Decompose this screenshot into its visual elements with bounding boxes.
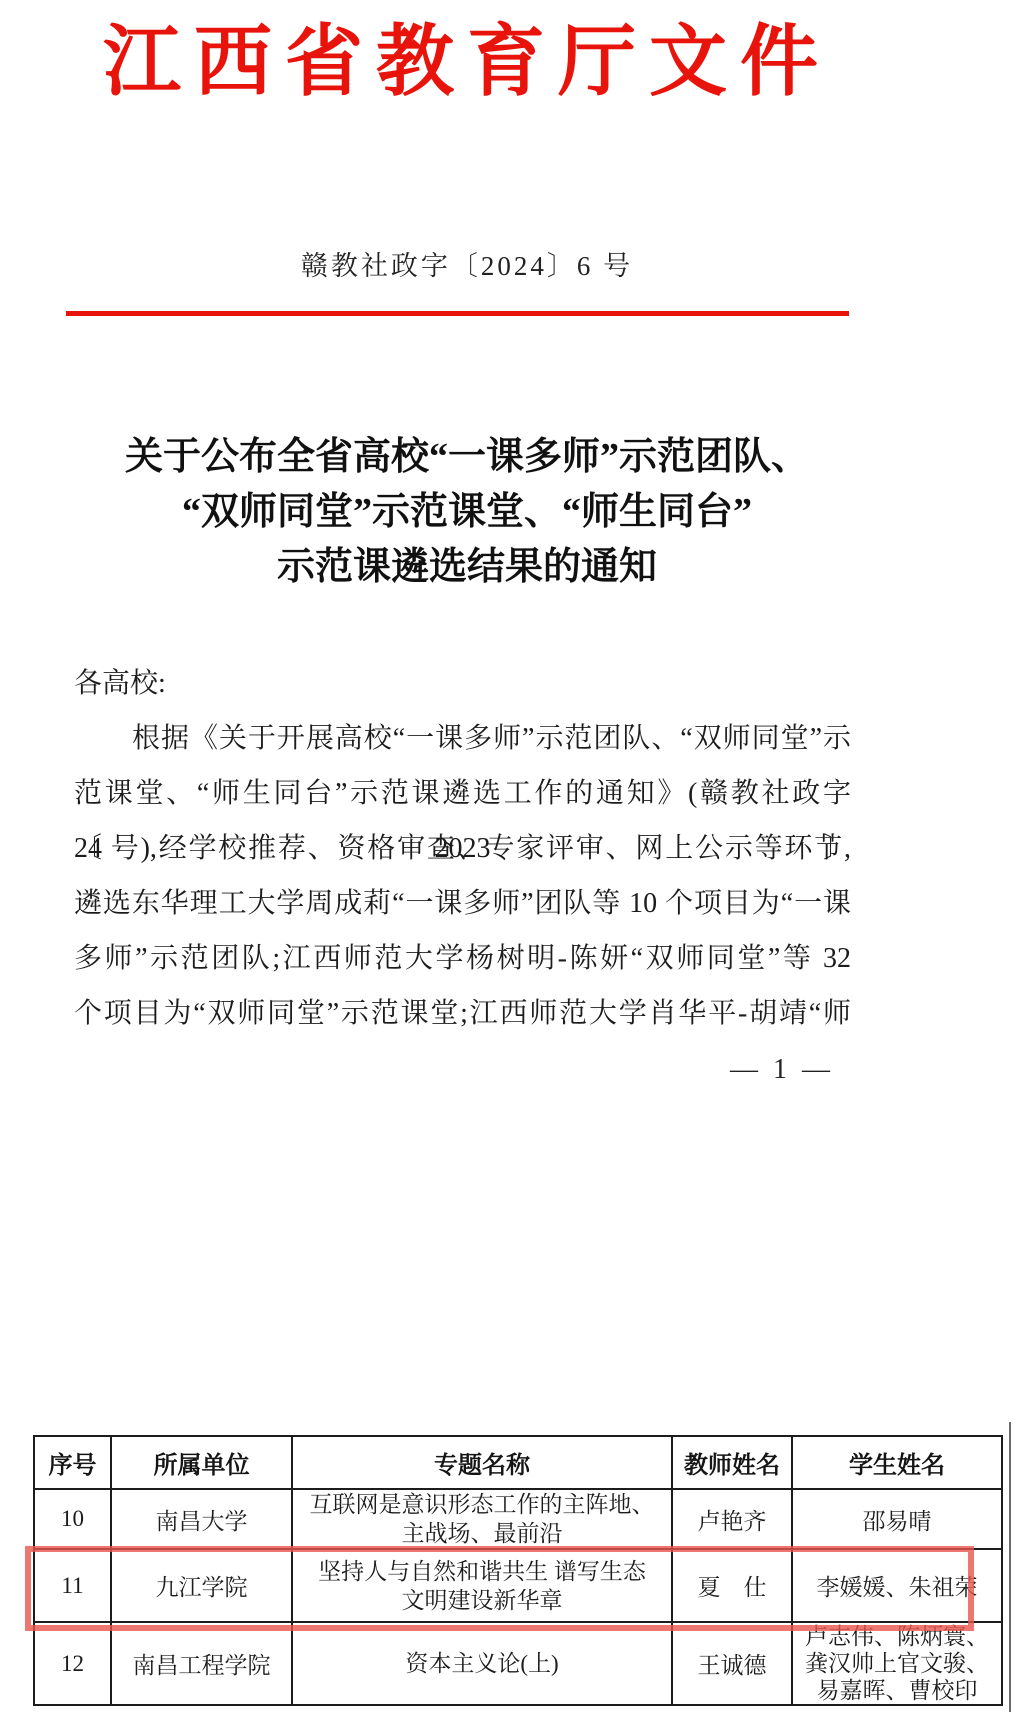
- cell-unit: 南昌工程学院: [111, 1622, 292, 1705]
- page-number: — 1 —: [730, 1042, 834, 1097]
- document-page: 江西省教育厅文件 赣教社政字〔2024〕6 号 关于公布全省高校“一课多师”示范…: [0, 0, 1024, 1712]
- cell-teacher: 王诚德: [672, 1622, 792, 1705]
- cell-unit: 九江学院: [111, 1549, 292, 1622]
- document-number: 赣教社政字〔2024〕6 号: [62, 246, 872, 286]
- selection-results-table: 序号 所属单位 专题名称 教师姓名 学生姓名 10 南昌大学 互联网是意识形态工…: [33, 1435, 1003, 1706]
- notice-title-line-2: “双师同堂”示范课堂、“师生同台”: [62, 485, 872, 540]
- body-line: 24 号),经学校推荐、资格审查、专家评审、网上公示等环节,: [74, 821, 851, 876]
- body-line: 个项目为“双师同堂”示范课堂;江西师范大学肖华平-胡靖“师: [74, 986, 851, 1041]
- cell-index: 11: [34, 1549, 111, 1622]
- table-row: 12 南昌工程学院 资本主义论(上) 王诚德 卢志伟、陈炳寰、 龚汉帅上官文骏、…: [34, 1622, 1002, 1705]
- table-row: 10 南昌大学 互联网是意识形态工作的主阵地、 主战场、最前沿 卢艳齐 邵易晴: [34, 1489, 1002, 1549]
- notice-title: 关于公布全省高校“一课多师”示范团队、 “双师同堂”示范课堂、“师生同台” 示范…: [62, 430, 872, 595]
- cell-students: 卢志伟、陈炳寰、 龚汉帅上官文骏、 易嘉晖、曹校印: [792, 1622, 1002, 1705]
- cell-topic: 坚持人与自然和谐共生 谱写生态 文明建设新华章: [292, 1549, 672, 1622]
- scan-page-edge-line: [1009, 1422, 1011, 1712]
- col-header-unit: 所属单位: [111, 1436, 292, 1489]
- red-separator-line: [66, 311, 849, 316]
- body-line: 根据《关于开展高校“一课多师”示范团队、“双师同堂”示: [74, 711, 851, 766]
- cell-students: 李媛媛、朱祖荣: [792, 1549, 1002, 1622]
- body-line: 遴选东华理工大学周成莉“一课多师”团队等 10 个项目为“一课: [74, 876, 851, 931]
- agency-letterhead-title: 江西省教育厅文件: [62, 14, 872, 110]
- cell-unit: 南昌大学: [111, 1489, 292, 1549]
- body-line: 多师”示范团队;江西师范大学杨树明-陈妍“双师同堂”等 32: [74, 931, 851, 986]
- notice-body: 各高校: 根据《关于开展高校“一课多师”示范团队、“双师同堂”示 范课堂、“师生…: [74, 656, 851, 1041]
- notice-title-line-3: 示范课遴选结果的通知: [62, 540, 872, 595]
- table-row-highlighted: 11 九江学院 坚持人与自然和谐共生 谱写生态 文明建设新华章 夏 仕 李媛媛、…: [34, 1549, 1002, 1622]
- col-header-students: 学生姓名: [792, 1436, 1002, 1489]
- cell-teacher: 夏 仕: [672, 1549, 792, 1622]
- col-header-teacher: 教师姓名: [672, 1436, 792, 1489]
- body-line: 范课堂、“师生同台”示范课遴选工作的通知》(赣教社政字〔2023〕: [74, 766, 851, 821]
- cell-teacher: 卢艳齐: [672, 1489, 792, 1549]
- cell-index: 12: [34, 1622, 111, 1705]
- notice-title-line-1: 关于公布全省高校“一课多师”示范团队、: [62, 430, 872, 485]
- cell-students: 邵易晴: [792, 1489, 1002, 1549]
- col-header-index: 序号: [34, 1436, 111, 1489]
- cell-topic: 资本主义论(上): [292, 1622, 672, 1705]
- table-header-row: 序号 所属单位 专题名称 教师姓名 学生姓名: [34, 1436, 1002, 1489]
- cell-index: 10: [34, 1489, 111, 1549]
- col-header-topic: 专题名称: [292, 1436, 672, 1489]
- cell-topic: 互联网是意识形态工作的主阵地、 主战场、最前沿: [292, 1489, 672, 1549]
- salutation: 各高校:: [74, 656, 851, 711]
